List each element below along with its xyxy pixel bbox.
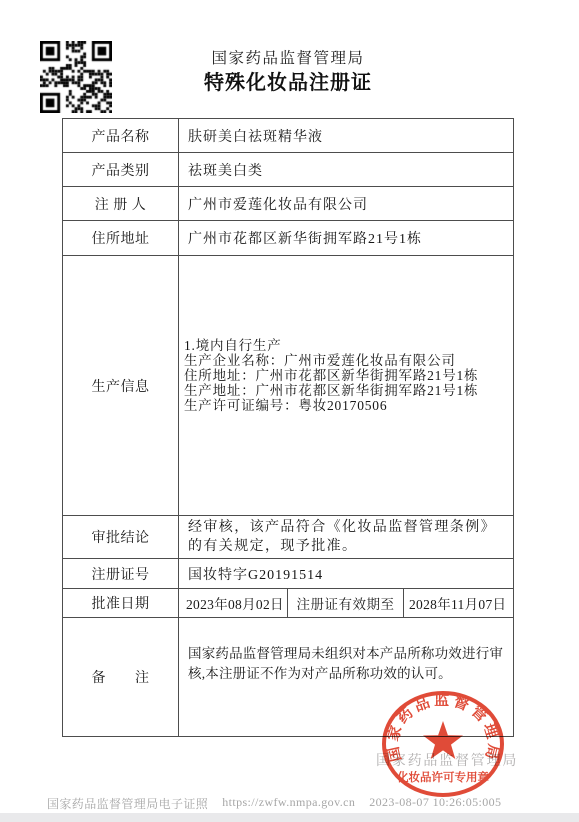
certificate-header: 国家药品监督管理局 特殊化妆品注册证 <box>62 50 514 95</box>
row-production-info: 生产信息 1.境内自行生产 生产企业名称：广州市爱莲化妆品有限公司 住所地址：广… <box>63 256 513 516</box>
product-category-value: 祛斑美白类 <box>179 153 513 186</box>
registrant-value: 广州市爱莲化妆品有限公司 <box>179 187 513 220</box>
footer-url: https://zwfw.nmpa.gov.cn <box>222 795 355 812</box>
seal-type-text: 化妆品许可专用章 <box>396 770 489 784</box>
agency-name: 国家药品监督管理局 <box>62 50 514 68</box>
registrant-label: 注 册 人 <box>63 187 179 220</box>
row-registration-number: 注册证号 国妆特字G20191514 <box>63 559 513 589</box>
approval-date-label: 批准日期 <box>63 589 179 617</box>
row-product-category: 产品类别 祛斑美白类 <box>63 153 513 187</box>
seal-star-icon <box>423 721 463 759</box>
certificate-table: 产品名称 肤研美白祛斑精华液 产品类别 祛斑美白类 注 册 人 广州市爱莲化妆品… <box>62 118 514 737</box>
product-name-label: 产品名称 <box>63 119 179 152</box>
production-info-value: 1.境内自行生产 生产企业名称：广州市爱莲化妆品有限公司 住所地址：广州市花都区… <box>179 246 513 505</box>
footer-source: 国家药品监督管理局电子证照 <box>47 795 208 812</box>
row-approval-conclusion: 审批结论 经审核，该产品符合《化妆品监督管理条例》的有关规定，现予批准。 <box>63 516 513 559</box>
product-name-value: 肤研美白祛斑精华液 <box>179 119 513 152</box>
production-info-line: 1.境内自行生产 <box>184 338 282 353</box>
production-info-line: 生产地址：广州市花都区新华街拥军路21号1栋 <box>184 383 478 398</box>
certificate-title: 特殊化妆品注册证 <box>62 71 514 95</box>
product-category-label: 产品类别 <box>63 153 179 186</box>
row-registrant: 注 册 人 广州市爱莲化妆品有限公司 <box>63 187 513 221</box>
approval-conclusion-value: 经审核，该产品符合《化妆品监督管理条例》的有关规定，现予批准。 <box>179 516 513 558</box>
row-product-name: 产品名称 肤研美白祛斑精华液 <box>63 119 513 153</box>
row-approval-date: 批准日期 2023年08月02日 注册证有效期至 2028年11月07日 <box>63 589 513 618</box>
registration-number-value: 国妆特字G20191514 <box>179 559 513 588</box>
production-info-label: 生产信息 <box>63 256 179 515</box>
production-info-line: 生产企业名称：广州市爱莲化妆品有限公司 <box>184 353 456 368</box>
approval-conclusion-label: 审批结论 <box>63 516 179 558</box>
remarks-label: 备 注 <box>63 618 179 736</box>
approval-date-value: 2023年08月02日 <box>179 589 288 617</box>
valid-until-label: 注册证有效期至 <box>288 589 404 617</box>
certificate-page: 国家药品监督管理局 特殊化妆品注册证 产品名称 肤研美白祛斑精华液 产品类别 祛… <box>0 0 579 822</box>
production-info-line: 生产许可证编号：粤妆20170506 <box>184 398 387 413</box>
production-info-line: 住所地址：广州市花都区新华街拥军路21号1栋 <box>184 368 478 383</box>
registration-number-label: 注册证号 <box>63 559 179 588</box>
registrant-address-label: 住所地址 <box>63 221 179 255</box>
footer-timestamp: 2023-08-07 10:26:05:005 <box>369 795 501 812</box>
official-seal: 国家药品监督管理局 化妆品许可专用章 <box>379 690 507 800</box>
page-edge <box>0 813 579 822</box>
footer: 国家药品监督管理局电子证照 https://zwfw.nmpa.gov.cn 2… <box>47 795 501 812</box>
valid-until-value: 2028年11月07日 <box>404 589 513 617</box>
